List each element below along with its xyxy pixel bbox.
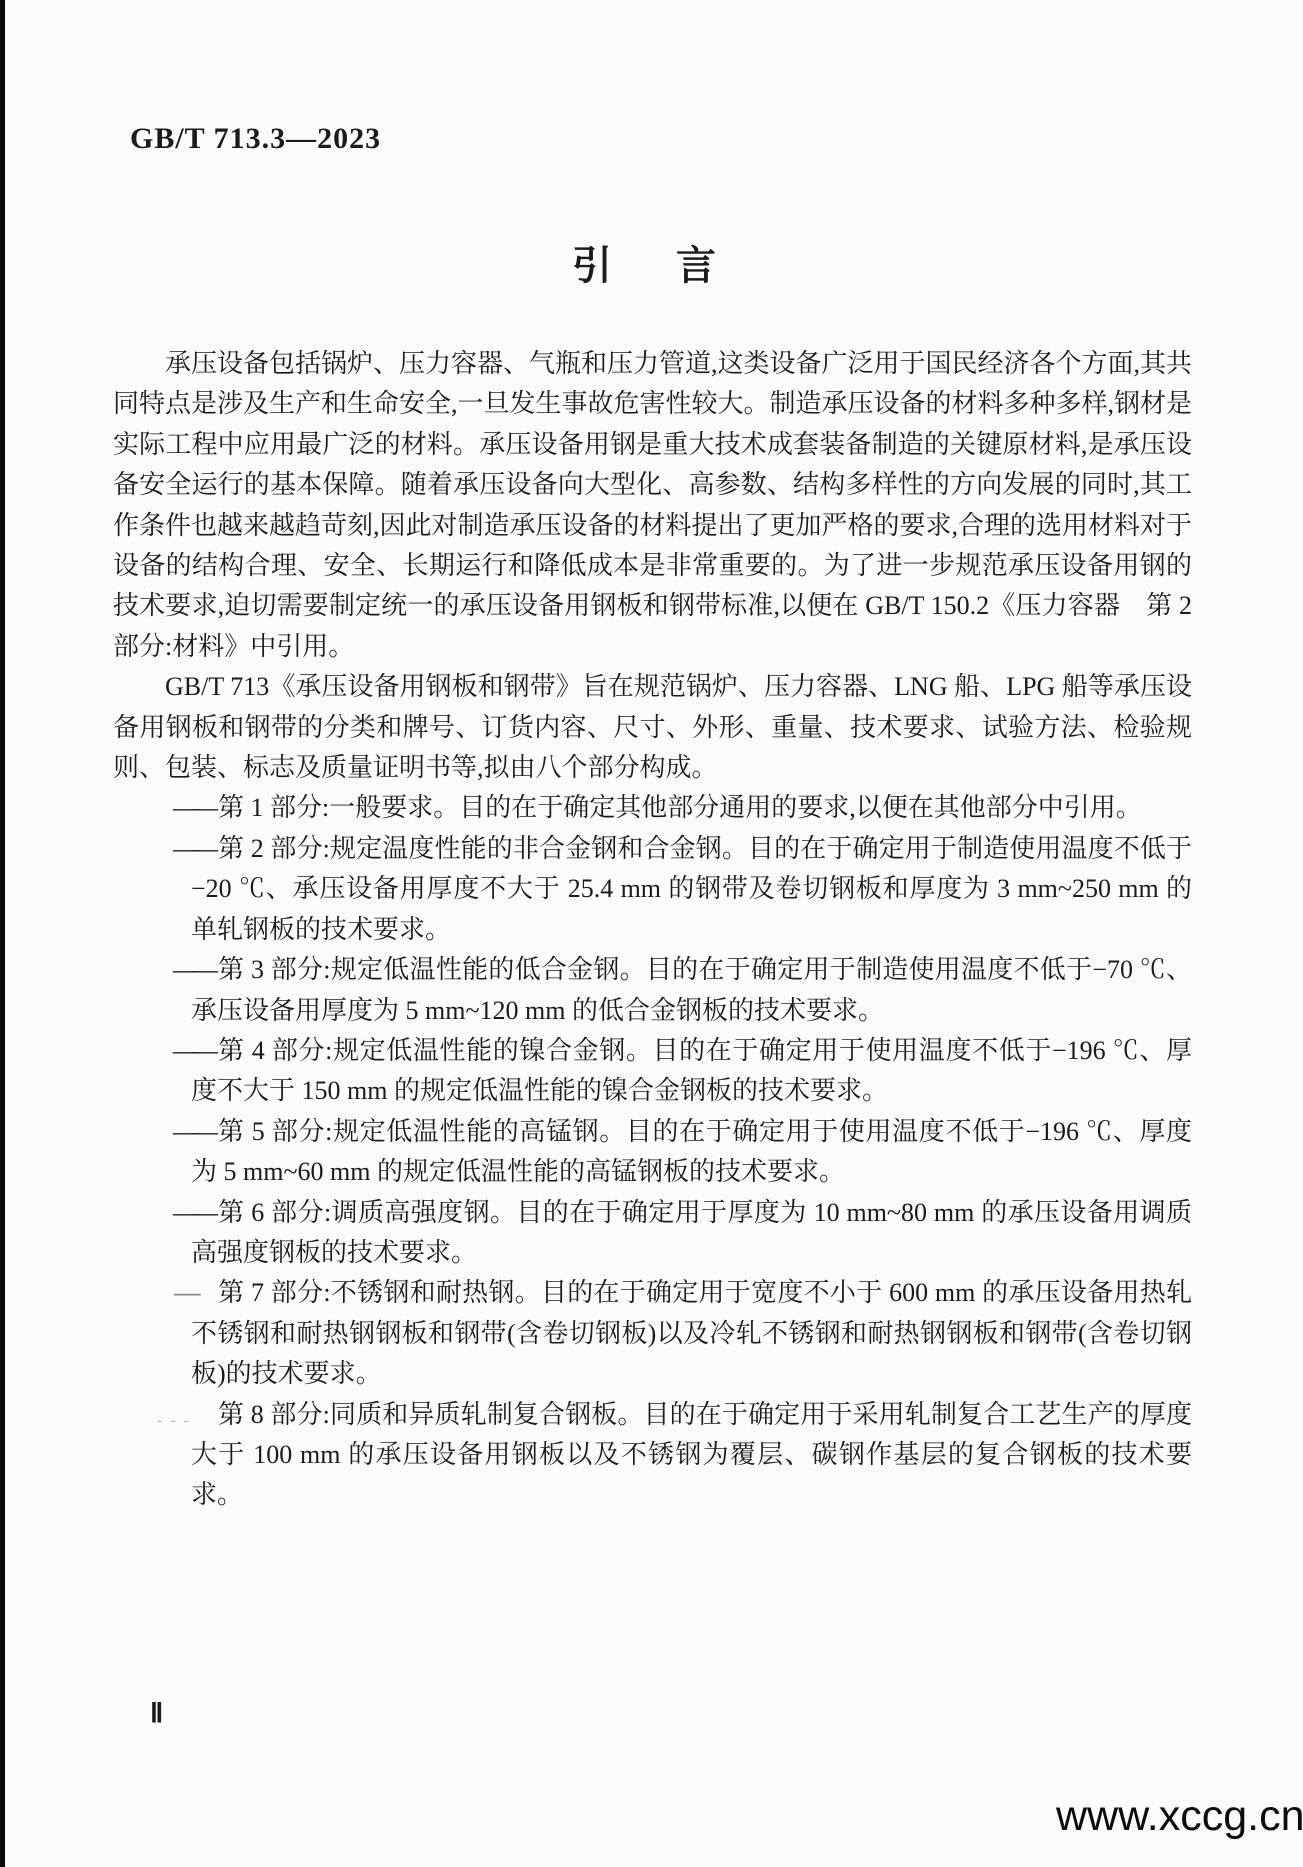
list-item-part-6: ——第 6 部分:调质高强度钢。目的在于确定用于厚度为 10 mm~80 mm … xyxy=(113,1193,1192,1274)
part-4-text: 第 4 部分:规定低温性能的镍合金钢。目的在于确定用于使用温度不低于−196 ℃… xyxy=(191,1036,1192,1105)
dash-marker: —— xyxy=(173,950,211,990)
page-title: 引言 xyxy=(0,234,1290,291)
part-8-text: 第 8 部分:同质和异质轧制复合钢板。目的在于确定用于采用轧制复合工艺生产的厚度… xyxy=(191,1400,1192,1510)
standard-code: GB/T 713.3—2023 xyxy=(130,122,381,156)
dash-marker: - - - xyxy=(157,1401,191,1441)
dash-marker: —— xyxy=(173,1031,211,1071)
part-6-text: 第 6 部分:调质高强度钢。目的在于确定用于厚度为 10 mm~80 mm 的承… xyxy=(191,1198,1192,1267)
part-3-text: 第 3 部分:规定低温性能的低合金钢。目的在于确定用于制造使用温度不低于−70 … xyxy=(191,955,1192,1024)
part-1-text: 第 1 部分:一般要求。目的在于确定其他部分通用的要求,以便在其他部分中引用。 xyxy=(218,793,1142,822)
list-item-part-1: ——第 1 部分:一般要求。目的在于确定其他部分通用的要求,以便在其他部分中引用… xyxy=(113,788,1192,828)
part-5-text: 第 5 部分:规定低温性能的高锰钢。目的在于确定用于使用温度不低于−196 ℃、… xyxy=(191,1117,1192,1186)
dash-marker: —— xyxy=(173,829,211,869)
intro-paragraph-1: 承压设备包括锅炉、压力容器、气瓶和压力管道,这类设备广泛用于国民经济各个方面,其… xyxy=(113,344,1192,667)
list-item-part-3: ——第 3 部分:规定低温性能的低合金钢。目的在于确定用于制造使用温度不低于−7… xyxy=(113,950,1192,1031)
part-2-text: 第 2 部分:规定温度性能的非合金钢和合金钢。目的在于确定用于制造使用温度不低于… xyxy=(191,834,1192,944)
dash-marker: —— xyxy=(173,1112,211,1152)
list-item-part-4: ——第 4 部分:规定低温性能的镍合金钢。目的在于确定用于使用温度不低于−196… xyxy=(113,1031,1192,1112)
dash-marker: —— xyxy=(173,1193,211,1233)
page-title-char-2: 言 xyxy=(676,243,718,288)
list-item-part-5: ——第 5 部分:规定低温性能的高锰钢。目的在于确定用于使用温度不低于−196 … xyxy=(113,1112,1192,1193)
parts-list: ——第 1 部分:一般要求。目的在于确定其他部分通用的要求,以便在其他部分中引用… xyxy=(113,788,1192,1515)
dash-marker: ----- xyxy=(173,1273,200,1313)
page-title-char-1: 引 xyxy=(572,243,614,288)
page-number: Ⅱ xyxy=(150,1698,163,1729)
list-item-part-8: - - -第 8 部分:同质和异质轧制复合钢板。目的在于确定用于采用轧制复合工艺… xyxy=(113,1395,1192,1516)
list-item-part-2: ——第 2 部分:规定温度性能的非合金钢和合金钢。目的在于确定用于制造使用温度不… xyxy=(113,829,1192,950)
document-page: { "page": { "doc_code": "GB/T 713.3—2023… xyxy=(0,0,1303,1867)
dash-marker: —— xyxy=(173,788,211,828)
intro-paragraph-2: GB/T 713《承压设备用钢板和钢带》旨在规范锅炉、压力容器、LNG 船、LP… xyxy=(113,667,1192,788)
introduction-body: 承压设备包括锅炉、压力容器、气瓶和压力管道,这类设备广泛用于国民经济各个方面,其… xyxy=(113,344,1192,1516)
list-item-part-7: -----第 7 部分:不锈钢和耐热钢。目的在于确定用于宽度不小于 600 mm… xyxy=(113,1273,1192,1394)
part-7-text: 第 7 部分:不锈钢和耐热钢。目的在于确定用于宽度不小于 600 mm 的承压设… xyxy=(191,1278,1192,1388)
watermark-url: www.xccg.cn xyxy=(1056,1792,1303,1841)
